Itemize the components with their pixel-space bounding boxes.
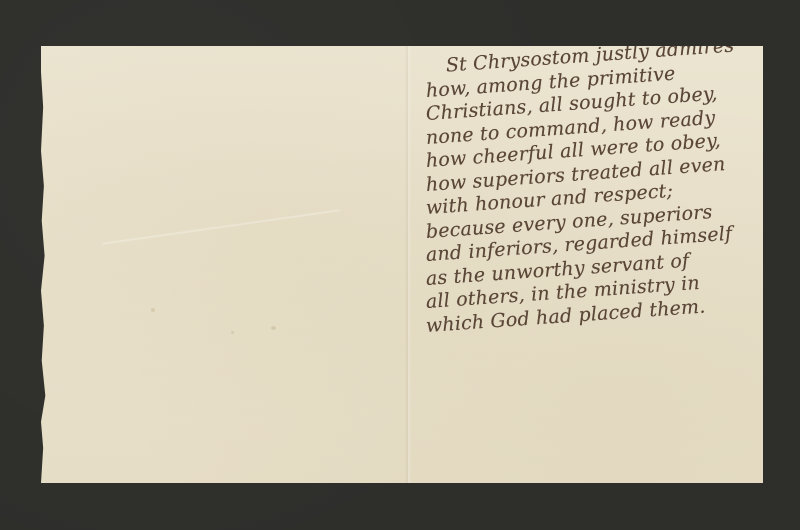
manuscript-page: St Chrysostom justly admires how, among … <box>41 46 763 483</box>
foxing-spot <box>271 326 276 330</box>
foxing-spot <box>231 331 234 334</box>
handwritten-text: St Chrysostom justly admires how, among … <box>426 56 761 338</box>
foxing-spot <box>151 308 155 312</box>
paper-crease <box>102 209 340 244</box>
fold-line <box>405 46 411 483</box>
